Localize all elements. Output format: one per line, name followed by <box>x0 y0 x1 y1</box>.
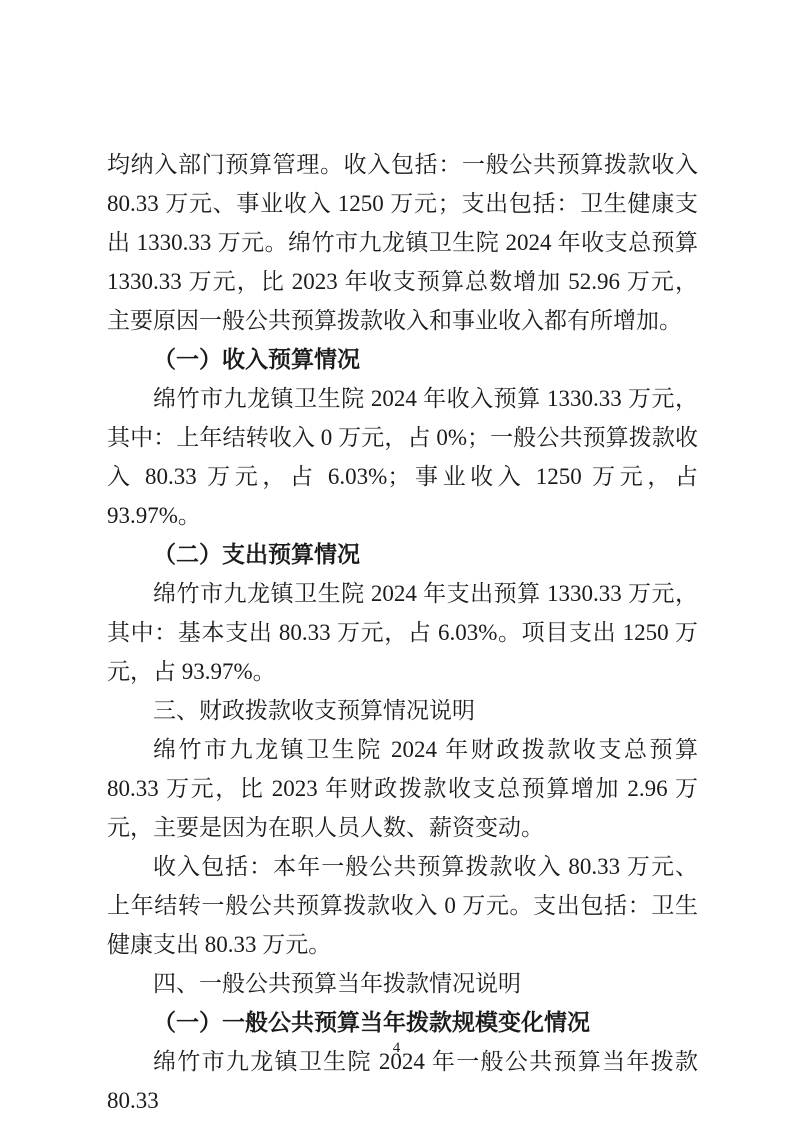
subsection-heading-income-budget: （一）收入预算情况 <box>107 340 698 379</box>
section-heading-fiscal-appropriation: 三、财政拨款收支预算情况说明 <box>107 691 698 730</box>
body-paragraph: 收入包括：本年一般公共预算拨款收入 80.33 万元、上年结转一般公共预算拨款收… <box>107 847 698 964</box>
page-body: 均纳入部门预算管理。收入包括：一般公共预算拨款收入 80.33 万元、事业收入 … <box>107 145 698 1120</box>
section-heading-general-public-budget: 四、一般公共预算当年拨款情况说明 <box>107 964 698 1003</box>
body-paragraph: 绵竹市九龙镇卫生院 2024 年财政拨款收支总预算 80.33 万元，比 202… <box>107 730 698 847</box>
subsection-heading-expenditure-budget: （二）支出预算情况 <box>107 535 698 574</box>
subsection-heading-appropriation-scale-change: （一）一般公共预算当年拨款规模变化情况 <box>107 1003 698 1042</box>
document-page: 均纳入部门预算管理。收入包括：一般公共预算拨款收入 80.33 万元、事业收入 … <box>0 0 793 1122</box>
body-paragraph: 绵竹市九龙镇卫生院 2024 年支出预算 1330.33 万元，其中：基本支出 … <box>107 574 698 691</box>
body-paragraph: 均纳入部门预算管理。收入包括：一般公共预算拨款收入 80.33 万元、事业收入 … <box>107 145 698 340</box>
page-number: 4 <box>0 1038 793 1058</box>
body-paragraph: 绵竹市九龙镇卫生院 2024 年收入预算 1330.33 万元，其中：上年结转收… <box>107 379 698 535</box>
